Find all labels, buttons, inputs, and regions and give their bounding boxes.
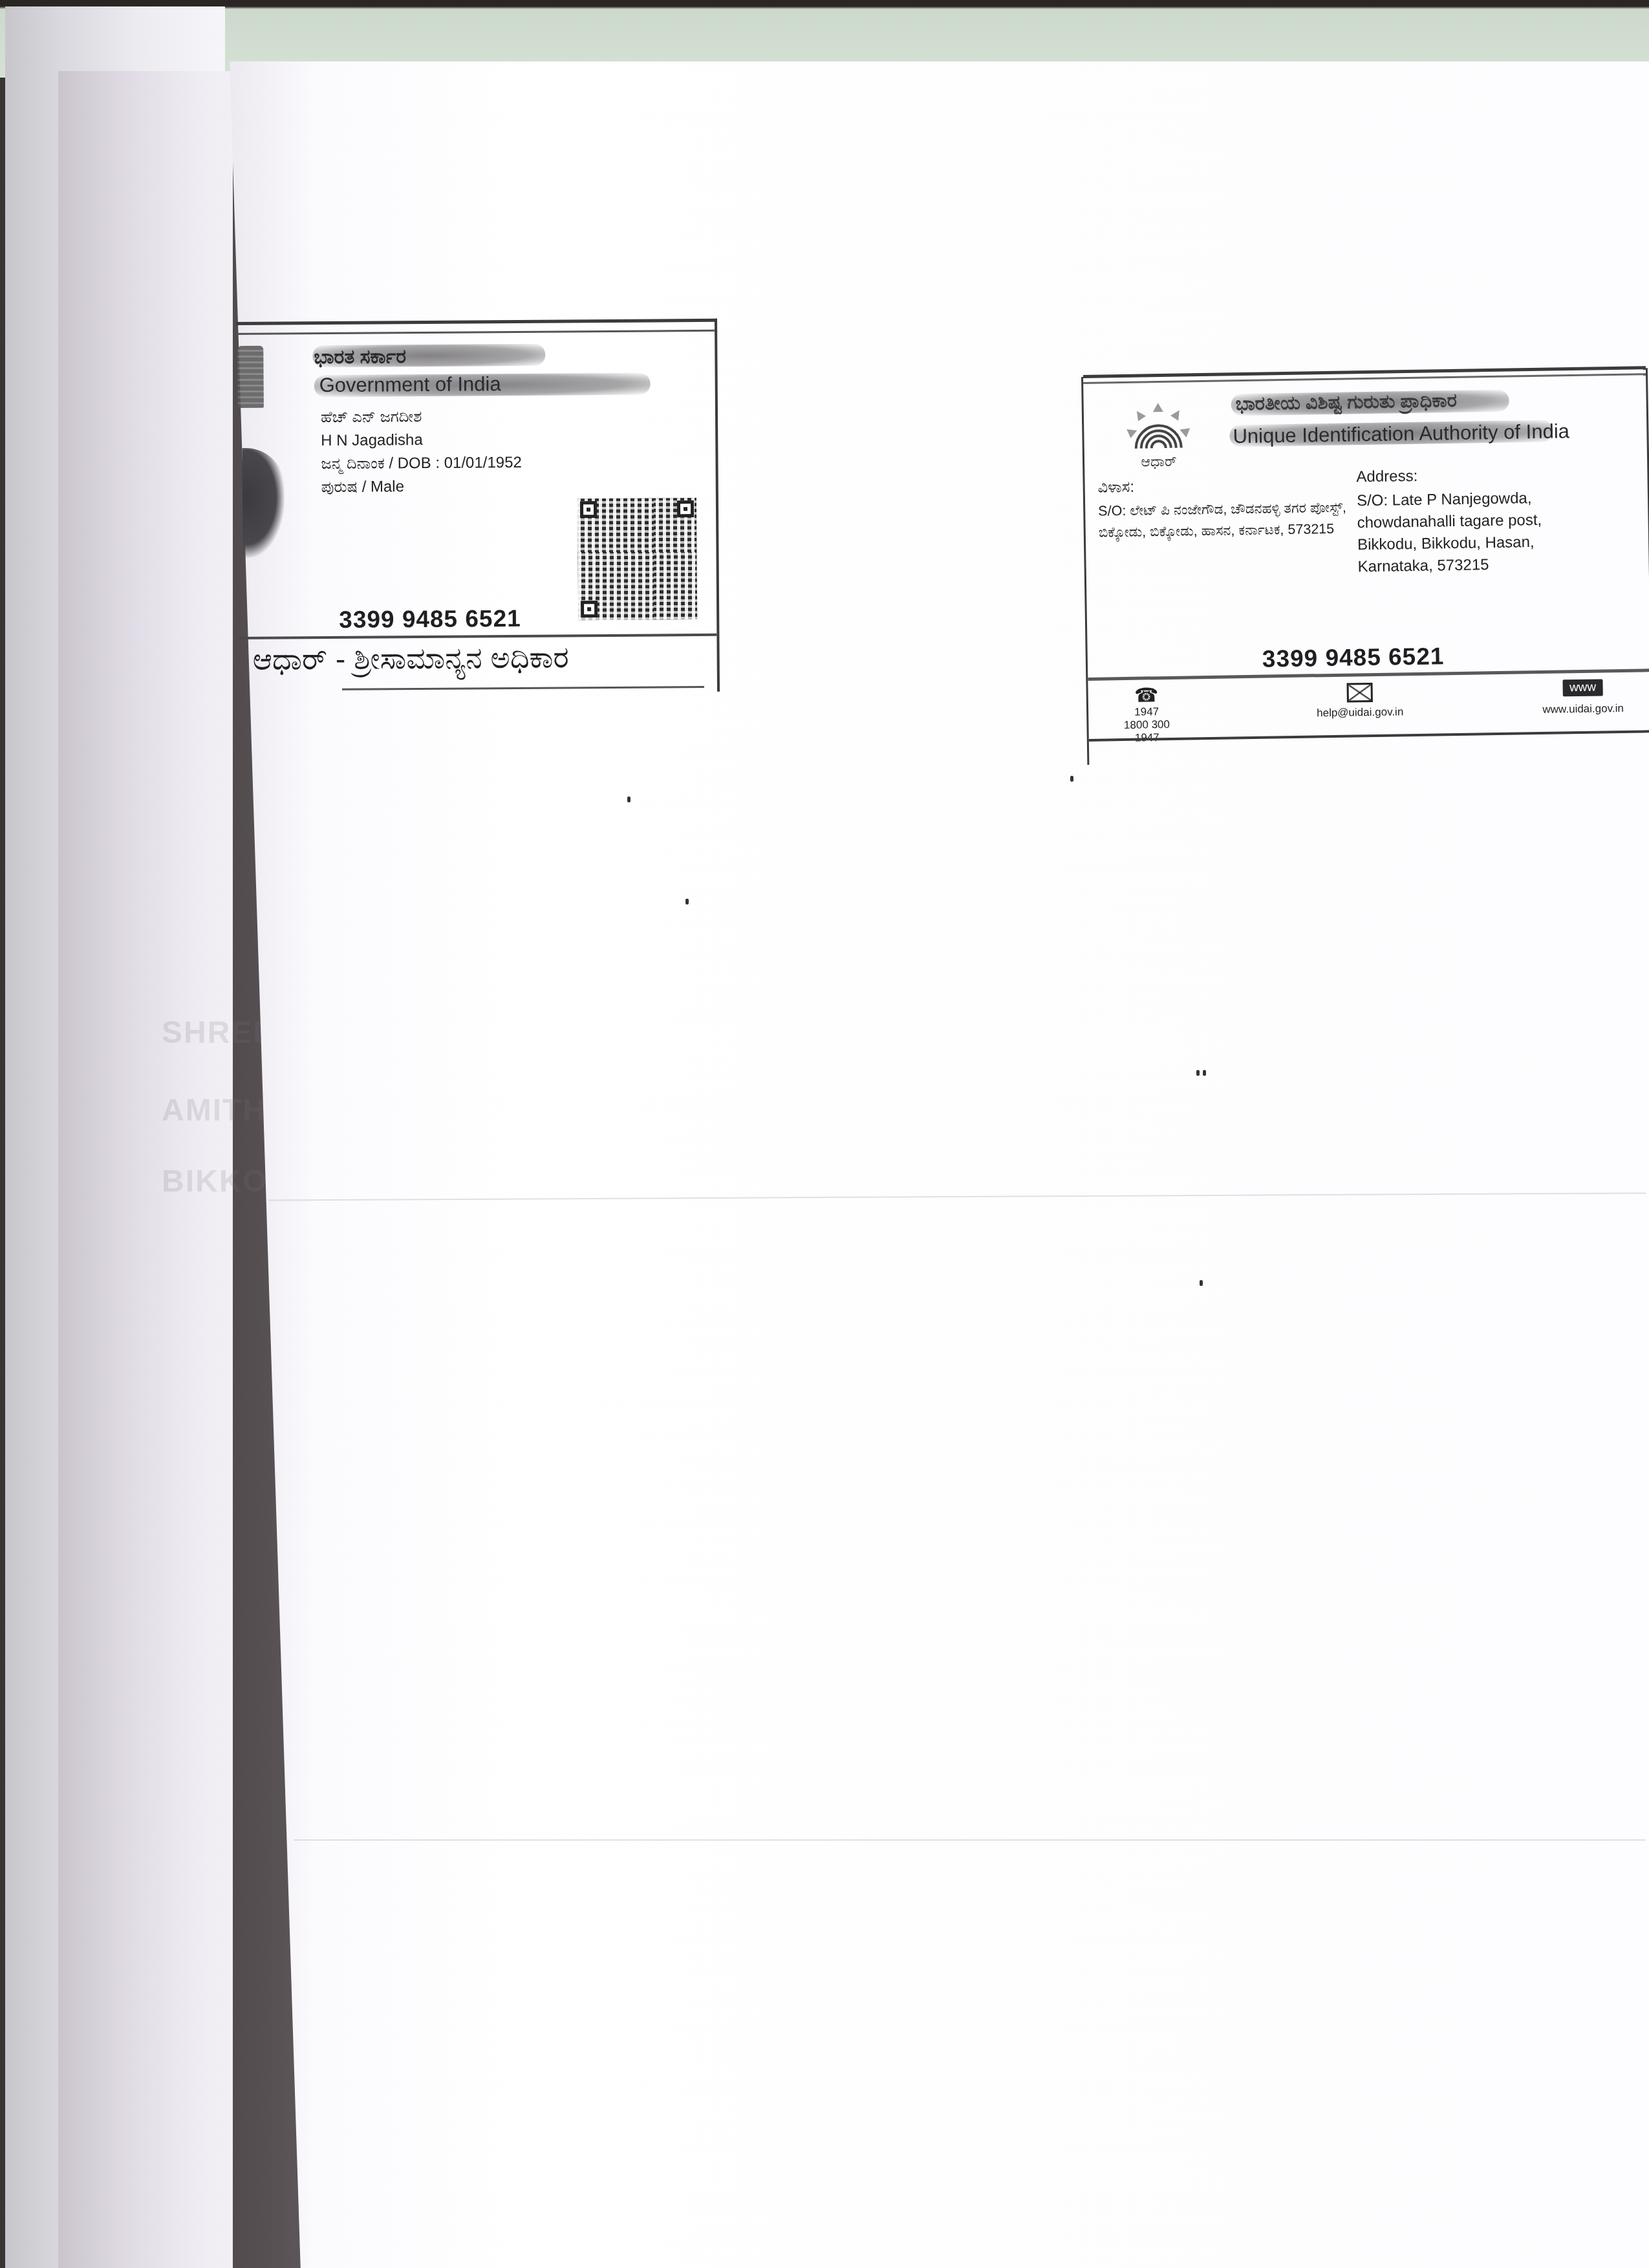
website-url: www.uidai.gov.in xyxy=(1528,702,1638,717)
date-of-birth: ಜನ್ಮ ದಿನಾಂಕ / DOB : 01/01/1952 xyxy=(321,454,521,473)
qr-finder xyxy=(581,601,598,617)
email-address: help@uidai.gov.in xyxy=(1302,705,1418,720)
speck xyxy=(627,797,630,802)
holder-name-english: H N Jagadisha xyxy=(321,431,423,450)
holder-photo xyxy=(242,447,285,557)
speck xyxy=(1196,1070,1200,1076)
fold-crease xyxy=(294,1839,1646,1841)
issuer-english: Government of India xyxy=(319,372,501,397)
holder-name-kannada: ಹೆಚ್ ಎನ್ ಜಗದೀಶ xyxy=(321,408,422,427)
gender: ಪುರುಷ / Male xyxy=(321,478,404,497)
address-line: Karnataka, 573215 xyxy=(1357,552,1629,579)
www-icon: www xyxy=(1563,679,1603,696)
helpline-short: 1947 xyxy=(1114,705,1179,720)
email-contact: help@uidai.gov.in xyxy=(1301,682,1418,720)
issuer-kannada: ಭಾರತ ಸರ್ಕಾರ xyxy=(314,346,406,369)
aadhaar-back-card: ಆಧಾರ್ ಭಾರತೀಯ ವಿಶಿಷ್ಟ ಗುರುತು ಪ್ರಾಧಿಕಾರ Un… xyxy=(1081,368,1649,765)
website-contact: www www.uidai.gov.in xyxy=(1527,679,1638,717)
speck xyxy=(1200,1280,1203,1286)
telephone-icon: ☎ xyxy=(1114,686,1179,707)
bleed-through-text: AMITH xyxy=(162,1093,266,1128)
aadhaar-number: 3399 9485 6521 xyxy=(339,605,521,634)
address-english: S/O: Late P Nanjegowda, chowdanahalli ta… xyxy=(1357,486,1630,579)
national-emblem-icon xyxy=(237,346,264,408)
divider xyxy=(342,686,704,690)
authority-kannada: ಭಾರತೀಯ ವಿಶಿಷ್ಟ ಗುರುತು ಪ್ರಾಧಿಕಾರ xyxy=(1235,390,1457,415)
aadhaar-number: 3399 9485 6521 xyxy=(1262,643,1445,672)
qr-finder xyxy=(677,500,694,517)
qr-code-icon xyxy=(577,498,697,620)
aadhaar-front-card: ಭಾರತ ಸರ್ಕಾರ Government of India ಹೆಚ್ ಎನ್… xyxy=(236,319,720,695)
qr-finder xyxy=(580,501,597,518)
fold-crease xyxy=(268,1192,1646,1201)
authority-english: Unique Identification Authority of India xyxy=(1233,420,1569,448)
bleed-through-text: SHREE xyxy=(162,1015,275,1051)
svg-text:ಆಧಾರ್: ಆಧಾರ್ xyxy=(1141,453,1177,470)
aadhaar-logo-icon: ಆಧಾರ್ xyxy=(1123,400,1195,472)
address-label-english: Address: xyxy=(1356,467,1417,486)
aadhaar-tagline: ಆಧಾರ್ - ಶ್ರೀಸಾಮಾನ್ಯನ ಅಧಿಕಾರ xyxy=(252,639,569,678)
speck xyxy=(685,899,689,904)
helpline: ☎ 1947 1800 300 1947 xyxy=(1114,686,1180,745)
address-label-kannada: ವಿಳಾಸ: xyxy=(1097,478,1134,497)
speck xyxy=(1203,1070,1206,1076)
envelope-icon xyxy=(1346,683,1372,703)
speck xyxy=(1070,776,1073,782)
address-kannada: S/O: ಲೇಟ್ ಪಿ ನಂಜೇಗೌಡ, ಚೌಡನಹಳ್ಳಿ ತಗರ ಪೋಸ್… xyxy=(1098,497,1364,543)
divider xyxy=(238,634,717,639)
